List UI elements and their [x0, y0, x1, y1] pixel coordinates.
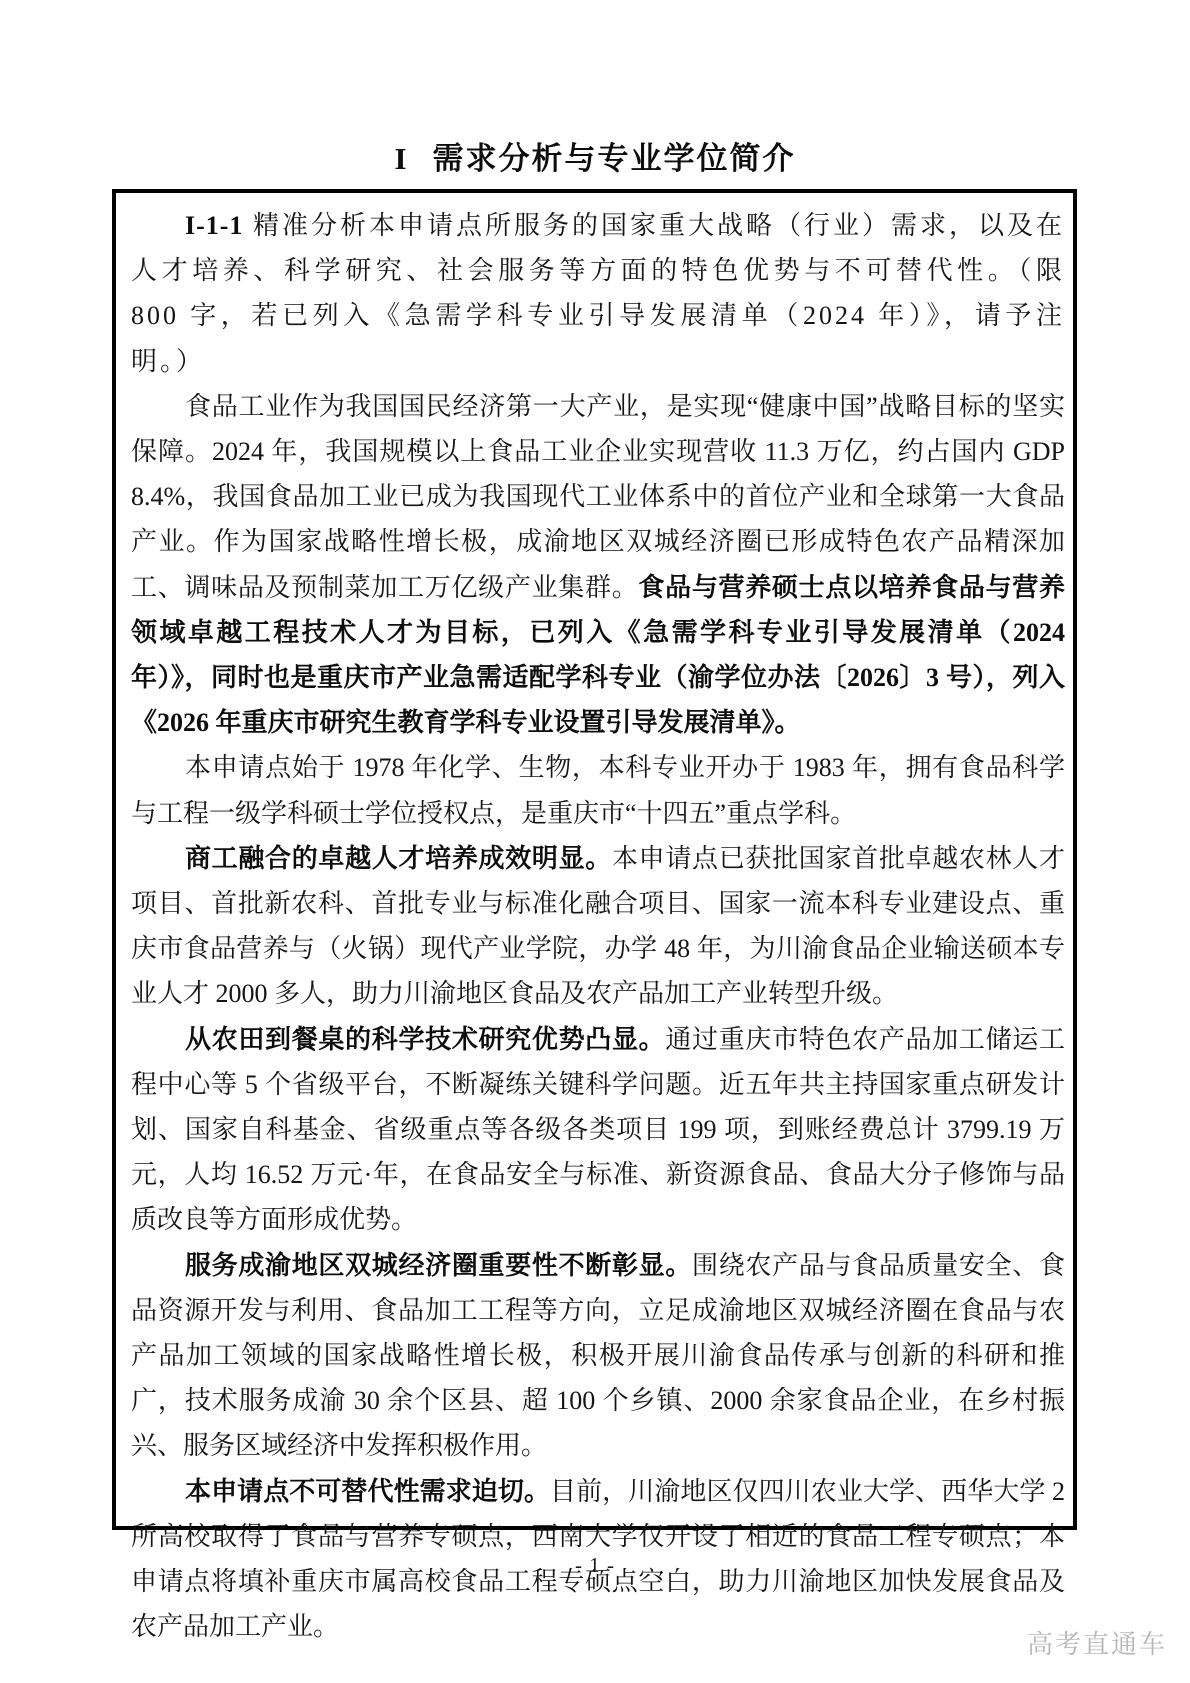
para-6-bold: 本申请点不可替代性需求迫切。 — [185, 1477, 550, 1506]
para-4-tail: 通过重庆市特色农产品加工储运工程中心等 5 个省级平台，不断凝练关键科学问题。近… — [131, 1025, 1065, 1235]
section-title-text: 需求分析与专业学位简介 — [433, 141, 796, 176]
prompt-paragraph: I-1-1 精准分析本申请点所服务的国家重大战略（行业）需求，以及在人才培养、科… — [131, 203, 1065, 384]
para-5-tail: 围绕农产品与食品质量安全、食品资源开发与利用、食品加工工程等方向，立足成渝地区双… — [131, 1251, 1065, 1461]
body-paragraph-1: 食品工业作为我国国民经济第一大产业，是实现“健康中国”战略目标的坚实保障。202… — [131, 384, 1065, 746]
body-paragraph-2: 本申请点始于 1978 年化学、生物，本科专业开办于 1983 年，拥有食品科学… — [131, 745, 1065, 835]
form-box: I-1-1 精准分析本申请点所服务的国家重大战略（行业）需求，以及在人才培养、科… — [112, 189, 1077, 1530]
para-5-bold: 服务成渝地区双城经济圈重要性不断彰显。 — [185, 1251, 692, 1280]
para-4-bold: 从农田到餐桌的科学技术研究优势凸显。 — [185, 1025, 665, 1054]
page-number: - 1 - — [0, 1553, 1190, 1578]
prompt-label: I-1-1 — [185, 211, 243, 240]
prompt-text: 精准分析本申请点所服务的国家重大战略（行业）需求，以及在人才培养、科学研究、社会… — [131, 211, 1065, 376]
body-paragraph-4: 从农田到餐桌的科学技术研究优势凸显。通过重庆市特色农产品加工储运工程中心等 5 … — [131, 1017, 1065, 1243]
section-title-numeral: I — [394, 141, 408, 176]
body-paragraph-3: 商工融合的卓越人才培养成效明显。本申请点已获批国家首批卓越农林人才项目、首批新农… — [131, 836, 1065, 1017]
body-paragraph-5: 服务成渝地区双城经济圈重要性不断彰显。围绕农产品与食品质量安全、食品资源开发与利… — [131, 1243, 1065, 1469]
para-3-bold: 商工融合的卓越人才培养成效明显。 — [185, 844, 612, 873]
para-2-normal: 本申请点始于 1978 年化学、生物，本科专业开办于 1983 年，拥有食品科学… — [131, 753, 1065, 827]
section-title: I需求分析与专业学位简介 — [0, 133, 1190, 178]
watermark: 高考直通车 — [1027, 1624, 1167, 1661]
para-1-normal: 食品工业作为我国国民经济第一大产业，是实现“健康中国”战略目标的坚实保障。202… — [131, 392, 1065, 602]
